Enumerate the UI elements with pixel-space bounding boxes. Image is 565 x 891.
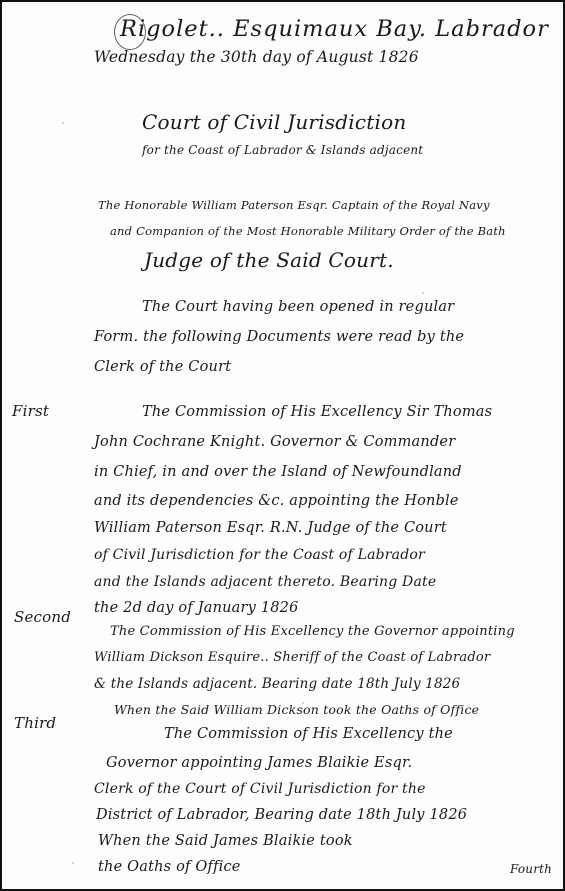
margin-label-third: Third [14,714,56,732]
entry-1-line-3: in Chief, in and over the Island of Newf… [94,464,462,480]
entry-2-line-3: & the Islands adjacent. Bearing date 18t… [94,676,460,692]
catchword: Fourth [510,862,552,876]
entry-3-line-1: The Commission of His Excellency the [164,726,453,742]
entry-1-line-7: and the Islands adjacent thereto. Bearin… [94,574,436,590]
margin-label-first: First [12,402,49,420]
date-line: Wednesday the 30th day of August 1826 [94,48,419,66]
entry-3-line-6: the Oaths of Office [98,859,241,875]
paper-speck [62,122,64,124]
court-title: Court of Civil Jurisdiction [142,110,406,134]
entry-1-line-1: The Commission of His Excellency Sir Tho… [142,404,492,420]
entry-1-line-8: the 2d day of January 1826 [94,600,299,616]
entry-2-line-4: When the Said William Dickson took the O… [114,702,479,717]
capital-flourish [114,14,146,50]
place-heading: Rigolet.. Esquimaux Bay. Labrador [120,16,549,42]
paper-speck [302,702,304,704]
entry-3-line-4: District of Labrador, Bearing date 18th … [96,807,467,823]
margin-label-second: Second [14,608,71,626]
entry-1-line-6: of Civil Jurisdiction for the Coast of L… [94,547,425,563]
entry-3-line-5: When the Said James Blaikie took [98,833,353,849]
judge-line-2: and Companion of the Most Honorable Mili… [110,224,506,238]
entry-1-line-5: William Paterson Esqr. R.N. Judge of the… [94,520,447,536]
manuscript-page: Rigolet.. Esquimaux Bay. Labrador Wednes… [0,0,565,891]
paper-speck [422,292,424,294]
paper-speck [72,862,74,864]
judge-line-1: The Honorable William Paterson Esqr. Cap… [98,198,490,212]
entry-3-line-2: Governor appointing James Blaikie Esqr. [106,755,412,771]
opening-line-1: The Court having been opened in regular [142,299,454,315]
entry-1-line-2: John Cochrane Knight. Governor & Command… [94,434,455,450]
judge-line-3: Judge of the Said Court. [144,248,394,272]
entry-2-line-2: William Dickson Esquire.. Sheriff of the… [94,650,490,665]
court-subtitle: for the Coast of Labrador & Islands adja… [142,143,423,157]
opening-line-3: Clerk of the Court [94,359,231,375]
entry-3-line-3: Clerk of the Court of Civil Jurisdiction… [94,781,426,797]
entry-2-line-1: The Commission of His Excellency the Gov… [110,624,515,639]
entry-1-line-4: and its dependencies &c. appointing the … [94,493,459,509]
opening-line-2: Form. the following Documents were read … [94,329,464,345]
